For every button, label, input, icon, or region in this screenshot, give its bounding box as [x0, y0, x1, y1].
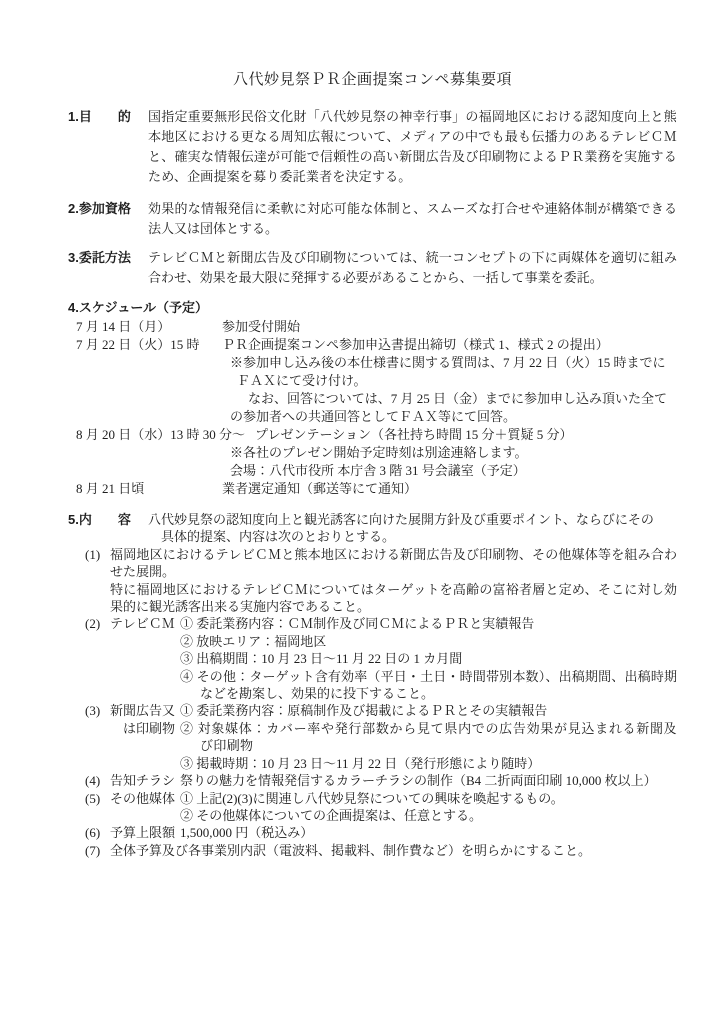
section-entrustment-heading: 3.委託方法: [68, 248, 148, 268]
section-eligibility-body: 効果的な情報発信に柔軟に対応可能な体制と、スムーズな打合せや連絡体制が構築できる…: [148, 199, 677, 239]
item-body: ① 委託業務内容：原稿制作及び掲載によるＰＲとその実績報告 ② 対象媒体：カバー…: [180, 702, 677, 772]
schedule-row: 7 月 22 日（火）15 時 ＰＲ企画提案コンペ参加申込書提出締切（様式 1、…: [76, 336, 677, 354]
content-items: (1) 福岡地区におけるテレビＣＭと熊本地区における新聞広告及び印刷物、その他媒…: [68, 546, 677, 859]
item-marker: (5): [85, 790, 110, 807]
item-marker: (3): [85, 702, 110, 719]
section-entrustment-body: テレビＣＭと新聞広告及び印刷物については、統一コンセプトの下に両媒体を適切に組み…: [148, 248, 677, 288]
item-label: 予算上限額: [110, 824, 180, 841]
item-subitem: ③ 掲載時期：10 月 23 日～11 月 22 日（発行形態により随時）: [180, 755, 677, 772]
schedule-desc: プレゼンテーション（各社持ち時間 15 分＋質疑 5 分）: [255, 426, 572, 444]
item-subitem: ① 委託業務内容：原稿制作及び掲載によるＰＲとその実績報告: [180, 702, 677, 719]
content-intro-line-2: 具体的提案、内容は次のとおりとする。: [148, 528, 677, 545]
item-subitem: ③ 出稿期間：10 月 23 日～11 月 22 日の 1 カ月間: [180, 650, 677, 667]
section-schedule-heading: 4.スケジュール（予定）: [68, 298, 208, 318]
item-label-line-1: 新聞広告又: [110, 702, 180, 719]
schedule-date: 7 月 14 日（月）: [76, 318, 222, 336]
schedule-date: 8 月 21 日頃: [76, 480, 222, 498]
item-subitem: ② 放映エリア：福岡地区: [180, 633, 677, 650]
section-content: 5.内 容 八代妙見祭の認知度向上と観光誘客に向けた展開方針及び重要ポイント、な…: [68, 511, 677, 859]
schedule-desc: 業者選定通知（郵送等にて通知）: [222, 480, 677, 498]
item-label: 告知チラシ: [110, 772, 180, 789]
schedule-date: 7 月 22 日（火）15 時: [76, 336, 222, 354]
section-purpose-heading: 1.目 的: [68, 107, 148, 127]
section-purpose: 1.目 的 国指定重要無形民俗文化財「八代妙見祭の神幸行事」の福岡地区における認…: [68, 107, 677, 187]
section-eligibility: 2.参加資格 効果的な情報発信に柔軟に対応可能な体制と、スムーズな打合せや連絡体…: [68, 199, 677, 239]
item-label: その他媒体: [110, 790, 180, 807]
item-body: 福岡地区におけるテレビＣＭと熊本地区における新聞広告及び印刷物、その他媒体等を組…: [110, 546, 677, 616]
schedule-date: 8 月 20 日（水）13 時 30 分～: [76, 426, 245, 444]
section-content-header: 5.内 容 八代妙見祭の認知度向上と観光誘客に向けた展開方針及び重要ポイント、な…: [68, 511, 677, 546]
item-marker: (2): [85, 615, 110, 632]
item-marker: (1): [85, 546, 110, 563]
schedule-note: ＦＡＸにて受け付け。: [76, 372, 677, 390]
document-page: 八代妙見祭ＰＲ企画提案コンペ募集要項 1.目 的 国指定重要無形民俗文化財「八代…: [0, 0, 725, 1024]
item-marker: (4): [85, 772, 110, 789]
item-label: 新聞広告又 は印刷物: [110, 702, 180, 737]
item-body: ① 上記(2)(3)に関連し八代妙見祭についての興味を喚起するもの。 ② その他…: [180, 790, 677, 825]
section-content-intro: 八代妙見祭の認知度向上と観光誘客に向けた展開方針及び重要ポイント、ならびにその …: [148, 511, 677, 546]
content-item-3: (3) 新聞広告又 は印刷物 ① 委託業務内容：原稿制作及び掲載によるＰＲとその…: [85, 702, 677, 772]
item-paragraph: 特に福岡地区におけるテレビＣＭについてはターゲットを高齢の富裕者層と定め、そこに…: [110, 581, 677, 616]
content-intro-line-1: 八代妙見祭の認知度向上と観光誘客に向けた展開方針及び重要ポイント、ならびにその: [148, 511, 677, 528]
schedule-row: 8 月 20 日（水）13 時 30 分～ プレゼンテーション（各社持ち時間 1…: [76, 426, 677, 444]
content-item-2: (2) テレビＣＭ ① 委託業務内容：ＣＭ制作及び同ＣＭによるＰＲと実績報告 ②…: [85, 615, 677, 702]
item-text: 全体予算及び各事業別内訳（電波料、掲載料、制作費など）を明らかにすること。: [110, 842, 677, 859]
item-subitem: ① 上記(2)(3)に関連し八代妙見祭についての興味を喚起するもの。: [180, 790, 677, 807]
item-marker: (6): [85, 824, 110, 841]
item-paragraph: 福岡地区におけるテレビＣＭと熊本地区における新聞広告及び印刷物、その他媒体等を組…: [110, 546, 677, 581]
section-entrustment: 3.委託方法 テレビＣＭと新聞広告及び印刷物については、統一コンセプトの下に両媒…: [68, 248, 677, 288]
schedule-list: 7 月 14 日（月） 参加受付開始 7 月 22 日（火）15 時 ＰＲ企画提…: [68, 318, 677, 498]
section-content-heading: 5.内 容: [68, 511, 148, 528]
item-marker: (7): [85, 842, 110, 859]
section-schedule: 4.スケジュール（予定） 7 月 14 日（月） 参加受付開始 7 月 22 日…: [68, 298, 677, 498]
schedule-note: の参加者への共通回答としてＦＡＸ等にて回答。: [76, 408, 677, 426]
content-item-6: (6) 予算上限額 1,500,000 円（税込み）: [85, 824, 677, 841]
section-purpose-body: 国指定重要無形民俗文化財「八代妙見祭の神幸行事」の福岡地区における認知度向上と熊…: [148, 107, 677, 187]
item-subitem: ① 委託業務内容：ＣＭ制作及び同ＣＭによるＰＲと実績報告: [180, 615, 677, 632]
schedule-note: なお、回答については、7 月 25 日（金）までに参加申し込み頂いた全て: [76, 390, 677, 408]
schedule-desc: 参加受付開始: [222, 318, 677, 336]
content-item-4: (4) 告知チラシ 祭りの魅力を情報発信するカラーチラシの制作（B4 二折両面印…: [85, 772, 677, 789]
content-item-1: (1) 福岡地区におけるテレビＣＭと熊本地区における新聞広告及び印刷物、その他媒…: [85, 546, 677, 616]
schedule-note: 会場：八代市役所 本庁舎 3 階 31 号会議室（予定）: [76, 462, 677, 480]
schedule-note: ※参加申し込み後の本仕様書に関する質問は、7 月 22 日（火）15 時までに: [76, 354, 677, 372]
item-subitem: ② 対象媒体：カバー率や発行部数から見て県内での広告効果が見込まれる新聞及び印刷…: [180, 720, 677, 755]
item-text: 1,500,000 円（税込み）: [180, 824, 677, 841]
document-title: 八代妙見祭ＰＲ企画提案コンペ募集要項: [68, 70, 677, 90]
schedule-desc: ＰＲ企画提案コンペ参加申込書提出締切（様式 1、様式 2 の提出）: [222, 336, 677, 354]
content-item-7: (7) 全体予算及び各事業別内訳（電波料、掲載料、制作費など）を明らかにすること…: [85, 842, 677, 859]
schedule-row: 8 月 21 日頃 業者選定通知（郵送等にて通知）: [76, 480, 677, 498]
content-item-5: (5) その他媒体 ① 上記(2)(3)に関連し八代妙見祭についての興味を喚起す…: [85, 790, 677, 825]
schedule-note: ※各社のプレゼン開始予定時刻は別途連絡します。: [76, 444, 677, 462]
item-subitem: ② その他媒体についての企画提案は、任意とする。: [180, 807, 677, 824]
item-subitem: ④ その他：ターゲット含有効率（平日・土日・時間帯別本数）、出稿期間、出稿時期な…: [180, 668, 677, 703]
item-label: テレビＣＭ: [110, 615, 180, 632]
item-text: 祭りの魅力を情報発信するカラーチラシの制作（B4 二折両面印刷 10,000 枚…: [180, 772, 677, 789]
item-label-line-2: は印刷物: [110, 720, 180, 737]
section-eligibility-heading: 2.参加資格: [68, 199, 148, 219]
item-body: ① 委託業務内容：ＣＭ制作及び同ＣＭによるＰＲと実績報告 ② 放映エリア：福岡地…: [180, 615, 677, 702]
schedule-row: 7 月 14 日（月） 参加受付開始: [76, 318, 677, 336]
